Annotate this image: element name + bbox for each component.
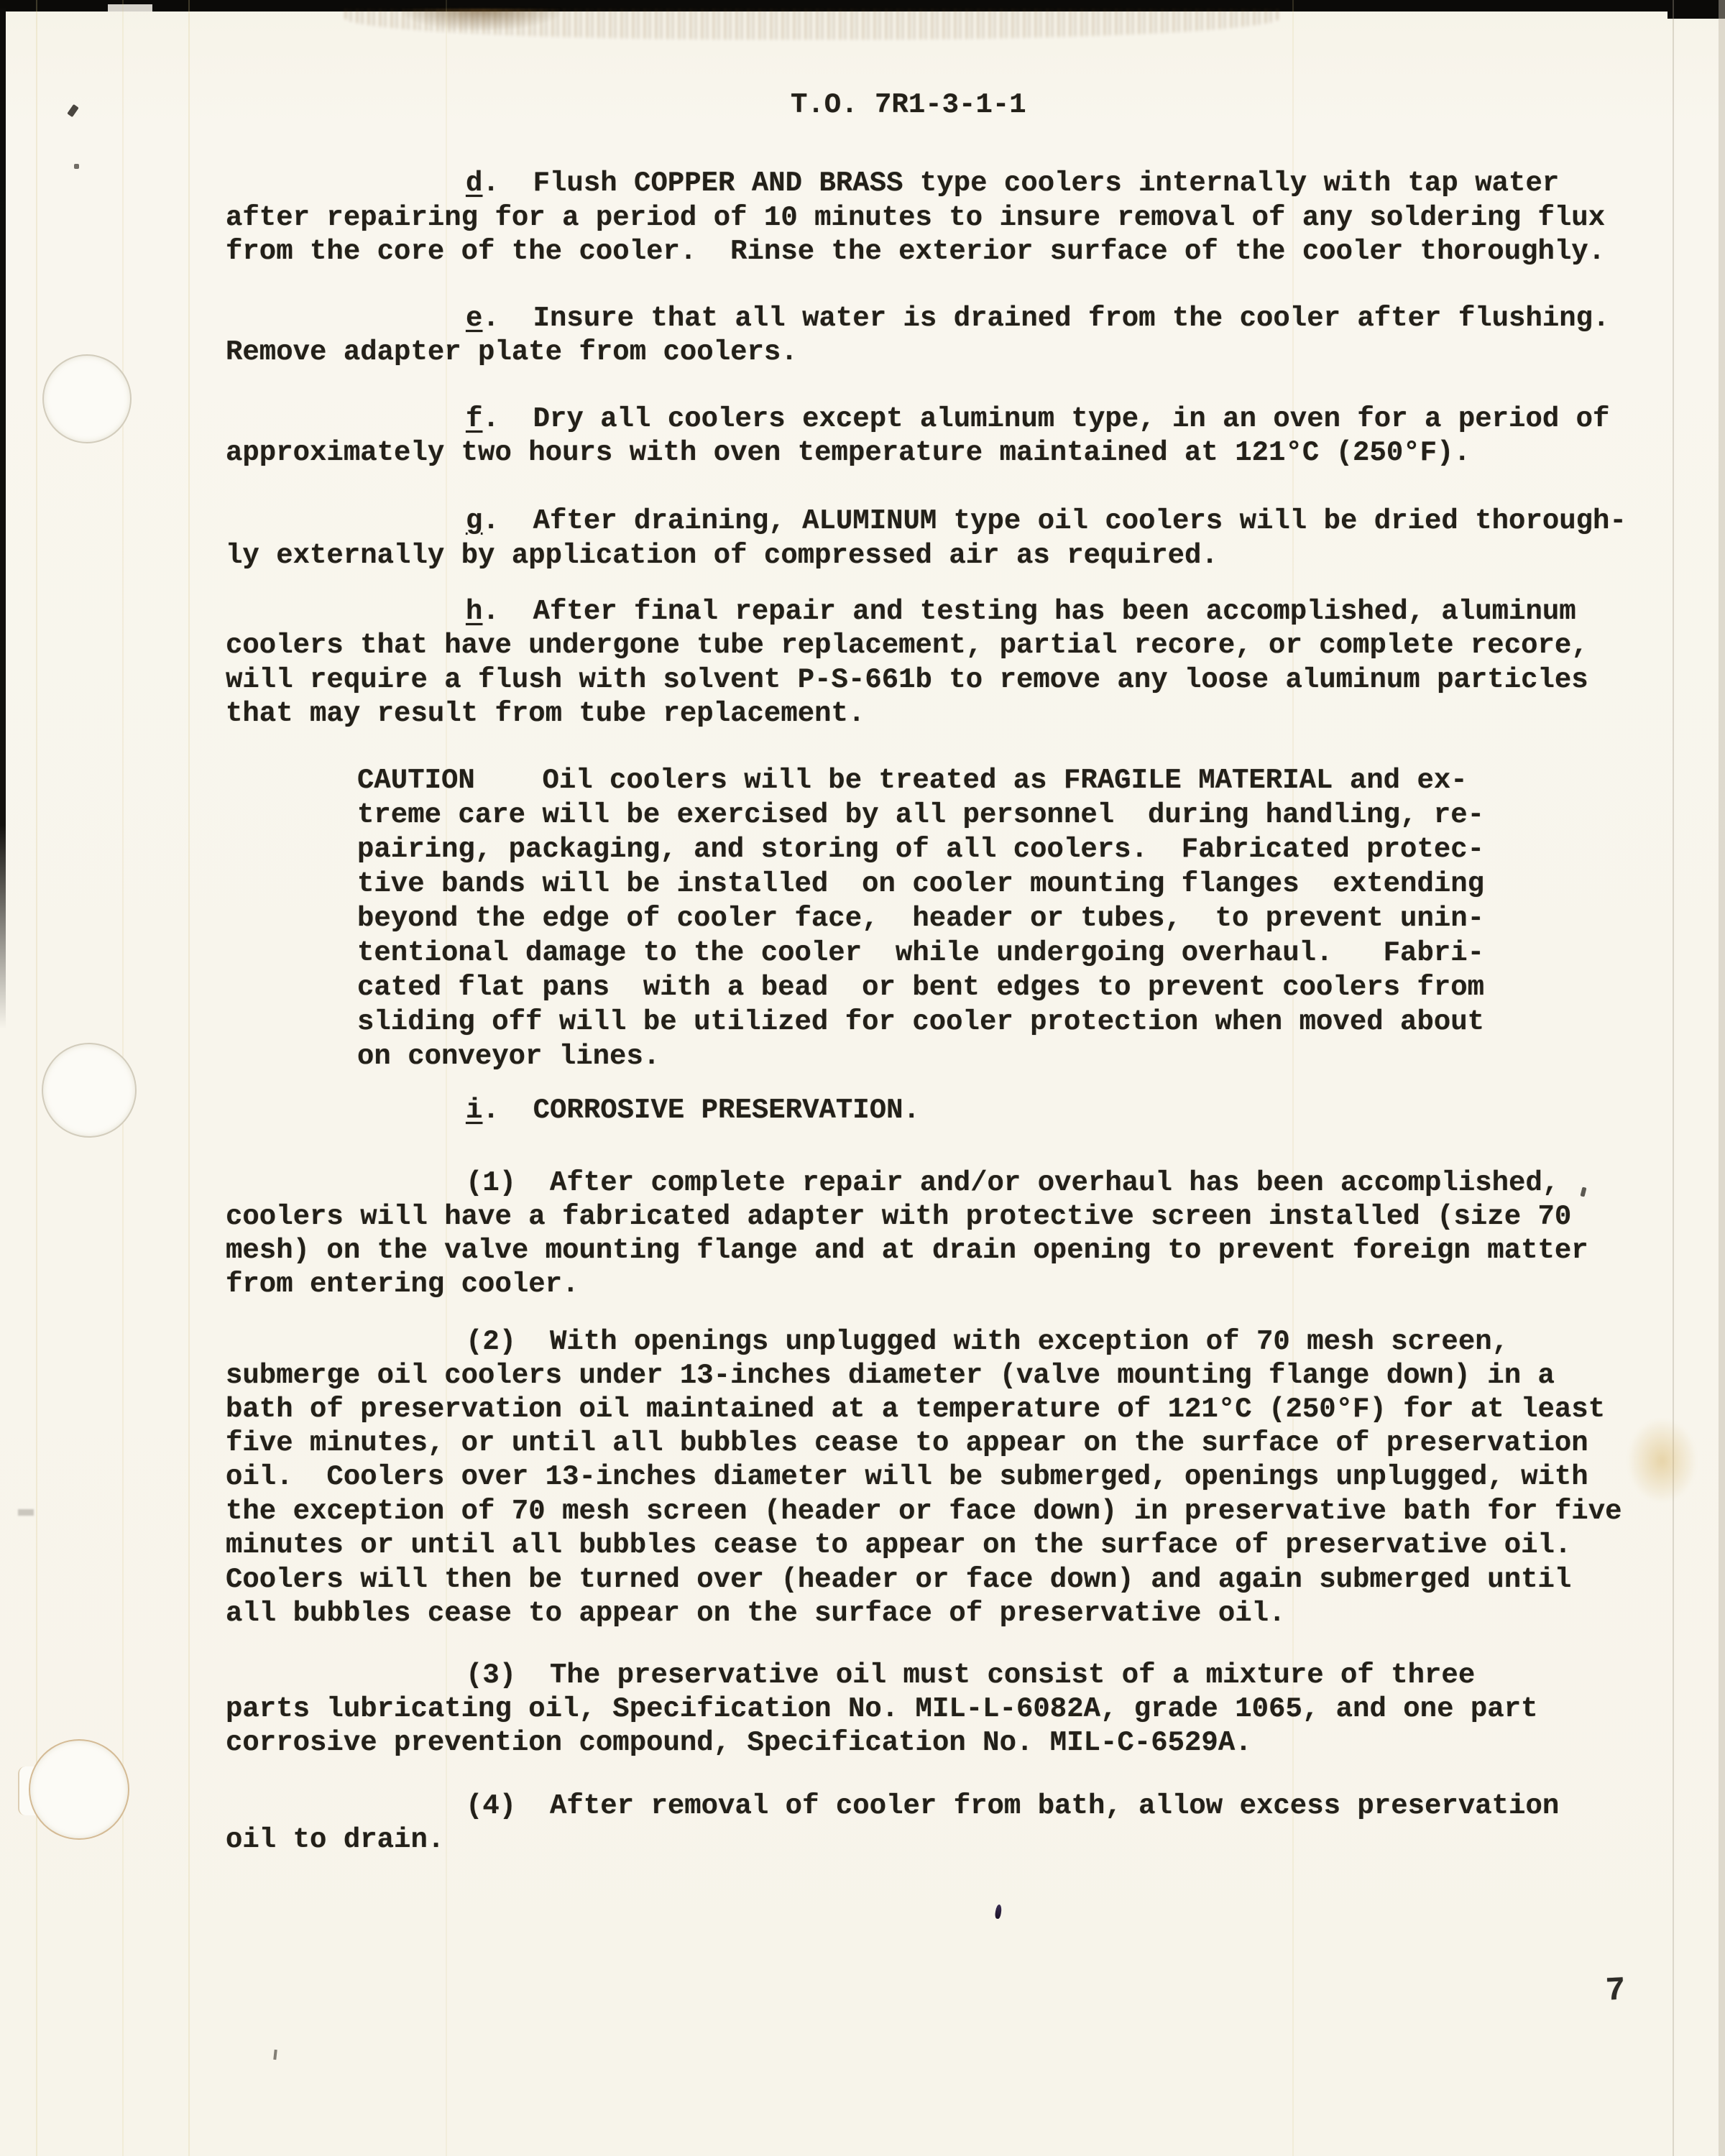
text-line-e-1: e. Insure that all water is drained from… [466,302,1609,335]
text-line-p2-8: Coolers will then be turned over (header… [226,1563,1571,1596]
text-line-e-2: Remove adapter plate from coolers. [226,336,798,369]
text-line-caution-3: pairing, packaging, and storing of all c… [357,833,1484,866]
page-number: 7 [1605,1971,1627,2009]
text-line-p3-1: (3) The preservative oil must consist of… [466,1659,1475,1692]
text-line-d-2: after repairing for a period of 10 minut… [226,201,1605,234]
yellow-stain [1628,1419,1696,1502]
scan-dirt-blob [402,9,561,30]
text-line-caution-9: on conveyor lines. [357,1040,660,1073]
text-line-caution-2: treme care will be exercised by all pers… [357,798,1484,831]
scan-top-edge-right [1667,0,1725,19]
pencil-smudge [18,1509,34,1516]
text-line-caution-5: beyond the edge of cooler face, header o… [357,902,1484,935]
text-line-heading-i: i. CORROSIVE PRESERVATION. [466,1094,920,1127]
hole-punch-bottom [29,1739,129,1840]
text-line-h-3: will require a flush with solvent P-S-66… [226,663,1588,696]
text-line-h-4: that may result from tube replacement. [226,697,865,730]
underlined-item-letter: d [466,167,482,199]
ink-speck [74,164,79,169]
text-line-caution-8: sliding off will be utilized for cooler … [357,1005,1484,1038]
scan-left-edge [0,9,6,1029]
text-line-p2-4: five minutes, or until all bubbles cease… [226,1427,1588,1460]
text-line-p3-3: corrosive prevention compound, Specifica… [226,1726,1252,1759]
text-line-caution-4: tive bands will be installed on cooler m… [357,867,1484,900]
text-line-caution-7: cated flat pans with a bead or bent edge… [357,971,1484,1004]
ink-speck [1581,1187,1587,1197]
text-line-p4-1: (4) After removal of cooler from bath, a… [466,1789,1559,1823]
ink-speck [67,104,79,117]
text-line-h-2: coolers that have undergone tube replace… [226,629,1588,662]
text-line-p2-7: minutes or until all bubbles cease to ap… [226,1529,1571,1562]
paper-right-edge-line [1673,0,1674,2156]
text-line-h-1: h. After final repair and testing has be… [466,595,1576,628]
text-line-p1-4: from entering cooler. [226,1268,579,1301]
text-line-g-1: g. After draining, ALUMINUM type oil coo… [466,505,1627,538]
doc-number-title: T.O. 7R1-3-1-1 [791,88,1026,121]
text-line-p2-6: the exception of 70 mesh screen (header … [226,1495,1622,1528]
underlined-item-letter: f [466,403,482,435]
ink-speck [995,1904,1003,1920]
text-line-p2-9: all bubbles cease to appear on the surfa… [226,1597,1285,1630]
text-line-f-2: approximately two hours with oven temper… [226,436,1471,469]
text-line-f-1: f. Dry all coolers except aluminum type,… [466,402,1609,436]
hole-punch-middle [42,1043,137,1138]
text-line-d-1: d. Flush COPPER AND BRASS type coolers i… [466,167,1559,200]
text-line-p1-2: coolers will have a fabricated adapter w… [226,1200,1571,1233]
hole-punch-top [42,354,132,443]
underlined-item-letter: g [466,505,482,537]
paper-crease-line [188,0,190,2156]
text-line-p4-2: oil to drain. [226,1823,444,1856]
text-line-g-2: ly externally by application of compress… [226,539,1218,572]
text-line-d-3: from the core of the cooler. Rinse the e… [226,235,1605,268]
scanned-document-page: T.O. 7R1-3-1-1 d. Flush COPPER AND BRASS… [0,0,1725,2156]
text-line-p1-1: (1) After complete repair and/or overhau… [466,1166,1559,1199]
scan-right-edge-shade [1719,0,1725,2156]
text-line-caution-1: CAUTION Oil coolers will be treated as F… [357,764,1468,797]
text-line-p2-1: (2) With openings unplugged with excepti… [466,1325,1509,1358]
underlined-item-letter: h [466,596,482,627]
text-line-p3-2: parts lubricating oil, Specification No.… [226,1692,1538,1726]
text-line-p1-3: mesh) on the valve mounting flange and a… [226,1234,1588,1267]
underlined-item-letter: i [466,1095,482,1126]
paper-crease-line [36,0,37,2156]
underlined-item-letter: e [466,303,482,334]
scan-top-edge-gap [108,4,152,11]
text-line-caution-6: tentional damage to the cooler while und… [357,936,1484,969]
text-line-p2-5: oil. Coolers over 13-inches diameter wil… [226,1460,1588,1493]
paper-crease-line [446,0,447,2156]
ink-speck [273,2050,277,2060]
text-line-p2-3: bath of preservation oil maintained at a… [226,1393,1605,1426]
text-line-p2-2: submerge oil coolers under 13-inches dia… [226,1359,1555,1392]
